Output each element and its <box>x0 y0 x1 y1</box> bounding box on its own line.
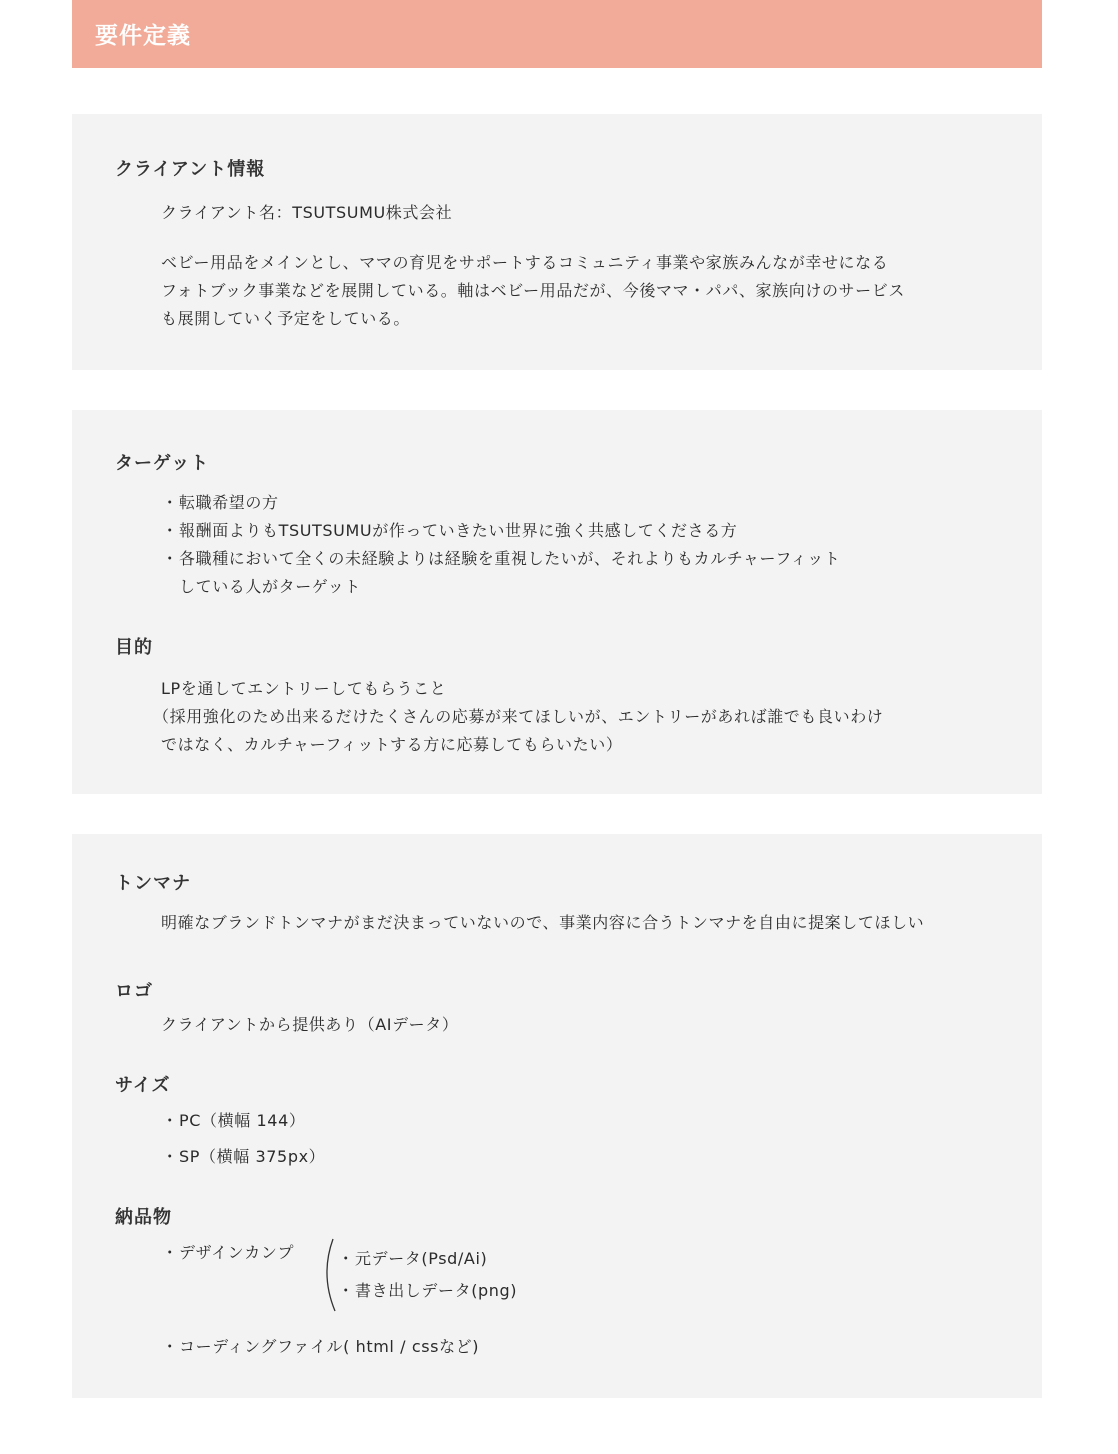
bullet-icon: ・ <box>161 1107 179 1135</box>
target-item: ・各職種において全くの未経験よりは経験を重視したいが、それよりもカルチャーフィッ… <box>161 545 840 601</box>
bullet-icon: ・ <box>161 1143 179 1171</box>
client-info-heading: クライアント情報 <box>115 158 265 182</box>
deliverable-sub-item: ・書き出しデータ(png) <box>337 1277 517 1305</box>
client-description-line: フォトブック事業などを展開している。軸はベビー用品だが、今後ママ・パパ、家族向け… <box>161 277 905 305</box>
client-name: クライアント名：TSUTSUMU株式会社 <box>161 199 452 227</box>
client-description: ベビー用品をメインとし、ママの育児をサポートするコミュニティ事業や家族みんなが幸… <box>161 249 905 333</box>
deliverable-sub-item: ・元データ(Psd/Ai) <box>337 1245 487 1273</box>
size-heading: サイズ <box>115 1074 171 1098</box>
client-description-line: ベビー用品をメインとし、ママの育児をサポートするコミュニティ事業や家族みんなが幸… <box>161 249 905 277</box>
target-item: ・転職希望の方 <box>161 489 279 517</box>
purpose-line: （採用強化のため出来るだけたくさんの応募が来てほしいが、エントリーがあれば誰でも… <box>153 703 883 731</box>
bullet-icon: ・ <box>337 1245 355 1273</box>
target-item-text-continued: している人がターゲット <box>161 573 840 601</box>
client-description-line: も展開していく予定をしている。 <box>161 305 905 333</box>
bullet-icon: ・ <box>337 1277 355 1305</box>
purpose-heading: 目的 <box>115 636 153 660</box>
page-header: 要件定義 <box>72 0 1042 68</box>
size-item-pc: ・PC（横幅 144） <box>161 1107 305 1135</box>
target-heading: ターゲット <box>115 452 209 476</box>
target-purpose-section: ターゲット ・転職希望の方 ・報酬面よりもTSUTSUMUが作っていきたい世界に… <box>72 410 1042 794</box>
specs-section: トンマナ 明確なブランドトンマナがまだ決まっていないので、事業内容に合うトンマナ… <box>72 834 1042 1398</box>
tone-manner-heading: トンマナ <box>115 872 191 896</box>
deliverable-sub-text: 元データ(Psd/Ai) <box>355 1249 487 1268</box>
purpose-line: ではなく、カルチャーフィットする方に応募してもらいたい） <box>161 731 883 759</box>
bullet-icon: ・ <box>161 1333 179 1361</box>
bullet-icon: ・ <box>161 1239 179 1267</box>
bullet-icon: ・ <box>161 545 179 573</box>
size-item-text: PC（横幅 144） <box>179 1111 305 1130</box>
deliverables-heading: 納品物 <box>115 1206 172 1230</box>
deliverable-text: デザインカンプ <box>179 1243 294 1262</box>
deliverable-text: コーディングファイル( html / cssなど) <box>179 1337 479 1356</box>
deliverable-design-comp: ・デザインカンプ <box>161 1239 294 1267</box>
purpose-text: LPを通してエントリーしてもらうこと （採用強化のため出来るだけたくさんの応募が… <box>161 675 883 759</box>
target-item-text: 報酬面よりもTSUTSUMUが作っていきたい世界に強く共感してくださる方 <box>179 521 737 540</box>
deliverable-sub-text: 書き出しデータ(png) <box>355 1281 517 1300</box>
logo-heading: ロゴ <box>115 980 153 1004</box>
bullet-icon: ・ <box>161 517 179 545</box>
page-title: 要件定義 <box>95 20 191 52</box>
purpose-line: LPを通してエントリーしてもらうこと <box>161 675 883 703</box>
target-item: ・報酬面よりもTSUTSUMUが作っていきたい世界に強く共感してくださる方 <box>161 517 737 545</box>
bullet-icon: ・ <box>161 489 179 517</box>
target-item-text: 各職種において全くの未経験よりは経験を重視したいが、それよりもカルチャーフィット <box>179 549 840 568</box>
tone-manner-text: 明確なブランドトンマナがまだ決まっていないので、事業内容に合うトンマナを自由に提… <box>161 909 924 937</box>
logo-text: クライアントから提供あり（AIデータ） <box>161 1011 458 1039</box>
client-info-section: クライアント情報 クライアント名：TSUTSUMU株式会社 ベビー用品をメインと… <box>72 114 1042 370</box>
size-item-text: SP（横幅 375px） <box>179 1147 325 1166</box>
target-item-text: 転職希望の方 <box>179 493 279 512</box>
deliverable-coding: ・コーディングファイル( html / cssなど) <box>161 1333 479 1361</box>
size-item-sp: ・SP（横幅 375px） <box>161 1143 325 1171</box>
